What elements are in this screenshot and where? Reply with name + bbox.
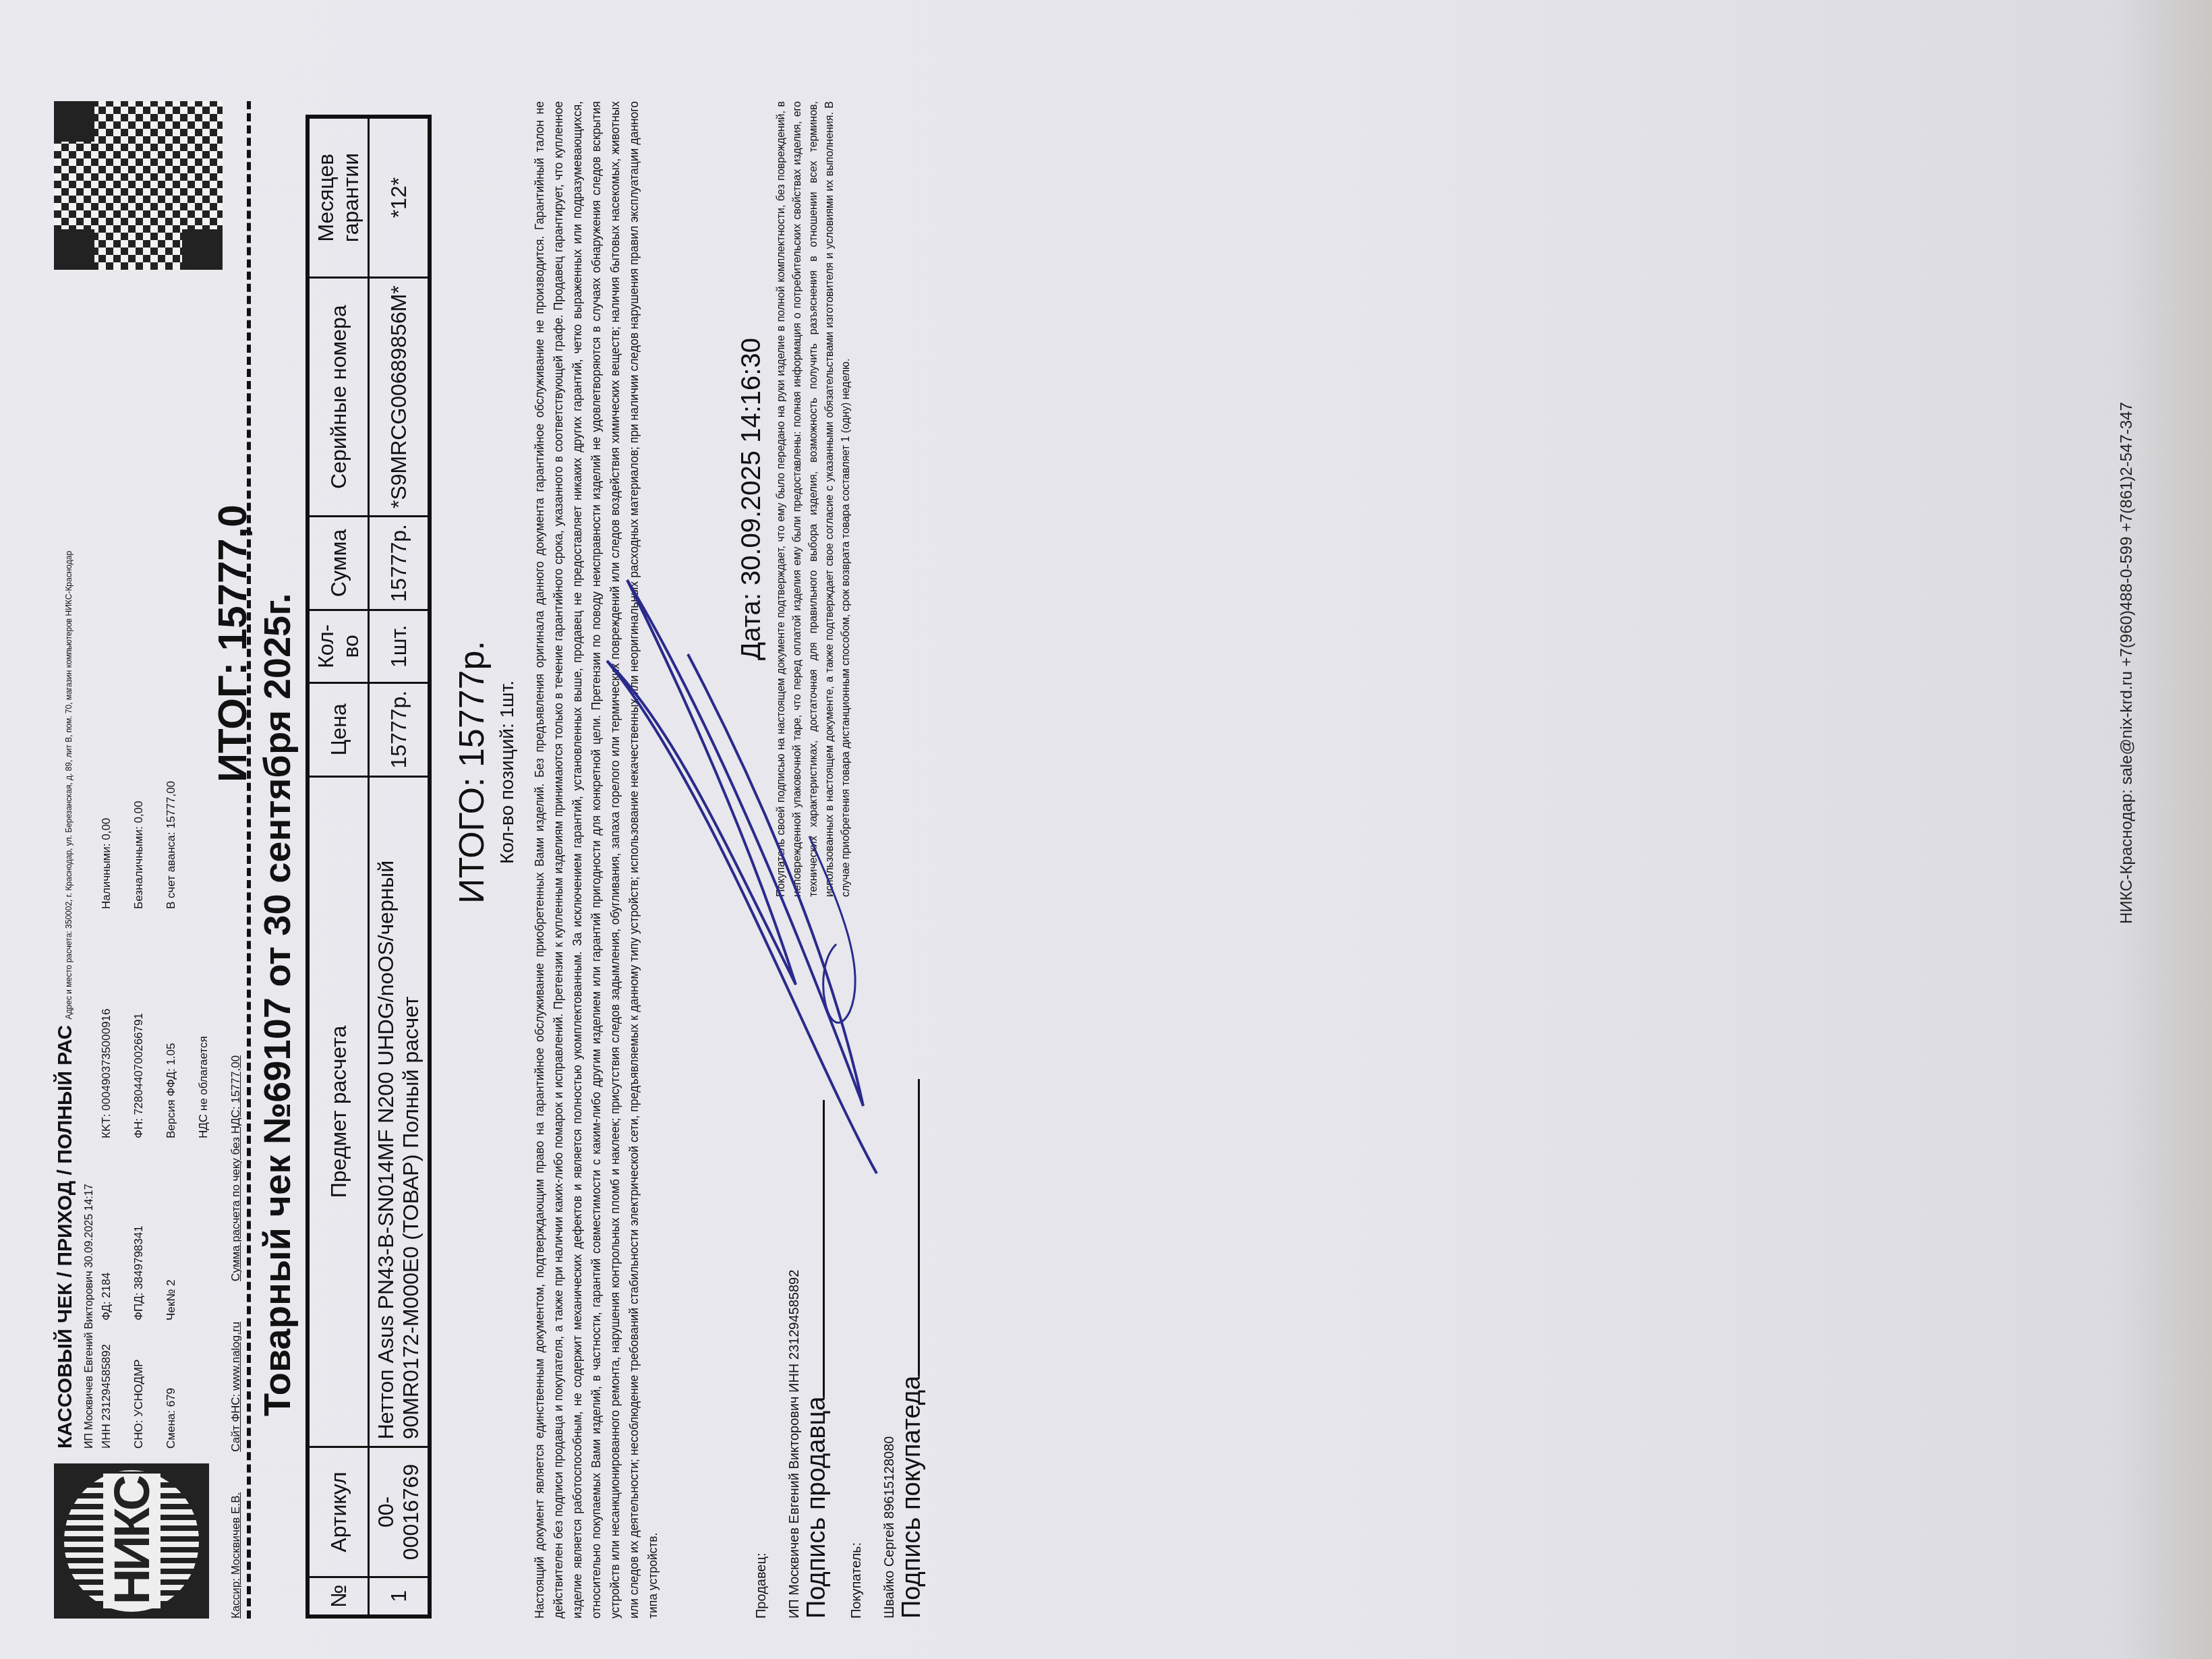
fiscal-block: КАССОВЫЙ ЧЕК / ПРИХОД / ПОЛНЫЙ РАС Адрес… [54, 283, 210, 1449]
receipt-header: НИКС КАССОВЫЙ ЧЕК / ПРИХОД / ПОЛНЫЙ РАС … [54, 101, 223, 1619]
fiscal-field: ФН: 7280440700266791 [132, 909, 146, 1138]
fiscal-field: Наличными: 0,00 [100, 693, 113, 909]
buyer-agreement: Покупатель своей подписью на настоящем д… [774, 101, 854, 897]
fiscal-field: ФПД: 3849798341 [132, 1138, 146, 1320]
column-header: Предмет расчета [308, 776, 369, 1447]
buyer-name: Швайко Сергей 89615128080 [882, 944, 898, 1619]
fiscal-field: Безналичными: 0,00 [132, 693, 146, 909]
cashier-line: Кассир: Москвичев Е.В. Сайт ФНС: www.nal… [229, 101, 251, 1619]
fns-site: Сайт ФНС: www.nalog.ru [229, 1322, 243, 1452]
fiscal-field: СНО: УСНОДМР [132, 1320, 146, 1449]
seller-name: ИП Москвичев Евгений Викторович ИНН 2312… [787, 944, 803, 1619]
receipt-type: КАССОВЫЙ ЧЕК / ПРИХОД / ПОЛНЫЙ РАС [54, 1025, 76, 1449]
grand-total: ИТОГО: 15777р. [452, 101, 492, 1443]
column-header: № [308, 1577, 369, 1617]
fiscal-field: ИНН 231294585892 [100, 1320, 113, 1449]
nix-logo-icon: НИКС [54, 1463, 209, 1619]
footer-contacts: НИКС-Краснодар: sale@nix-krd.ru +7(960)4… [2118, 402, 2136, 924]
cell-serial: *S9MRCG00689856M* [369, 278, 430, 517]
table-row: 100-00016769Неттоп Asus PN43-B-SN014MF N… [369, 117, 430, 1617]
column-header: Цена [308, 682, 369, 776]
seller-signature-label: Подпись продавца [803, 1397, 831, 1619]
column-header: Месяцев гарантии [308, 117, 369, 278]
document-date: Дата: 30.09.2025 14:16:30 [736, 101, 767, 897]
fiscal-field: КKТ: 0004903735000916 [100, 909, 113, 1138]
cell-price: 15777р. [369, 682, 430, 776]
seller-line: ИП Москвичев Евгений Викторович 30.09.20… [84, 283, 96, 1449]
positions-count: Кол-во позиций: 1шт. [496, 101, 518, 1443]
fiscal-field: Версия ФФД: 1.05 [165, 909, 178, 1138]
fiscal-field: ФД: 2184 [100, 1138, 113, 1320]
fiscal-field: НДС не облагается [197, 909, 210, 1138]
items-table: №АртикулПредмет расчетаЦенаКол-воСуммаСе… [305, 115, 432, 1619]
cell-item: Неттоп Asus PN43-B-SN014MF N200 UHDG/noO… [369, 776, 430, 1447]
logo-text: НИКС [103, 1474, 161, 1608]
buyer-signature-label: Подпись покупатеда [898, 1376, 926, 1619]
seller-signature-line [823, 1100, 825, 1397]
parties: Продавец: ИП Москвичев Евгений Викторови… [736, 944, 927, 1619]
cell-no: 1 [369, 1577, 430, 1617]
address-note: Адрес и место расчета: 350002, г. Красно… [64, 551, 74, 1020]
column-header: Сумма [308, 517, 369, 610]
signature-section: Продавец: ИП Москвичев Евгений Викторови… [736, 101, 927, 1619]
fiscal-field: В счет аванса: 15777,00 [165, 693, 178, 909]
cell-qty: 1шт. [369, 610, 430, 682]
page-title: Товарный чек №69107 от 30 сентября 2025г… [255, 101, 299, 1416]
seller-label: Продавец: [754, 944, 769, 1619]
column-header: Кол-во [308, 610, 369, 682]
column-header: Артикул [308, 1447, 369, 1577]
cashier: Кассир: Москвичев Е.В. [229, 1492, 243, 1619]
cell-sum: 15777р. [369, 517, 430, 610]
fiscal-total: ИТОГ: 15777,0 [209, 504, 256, 782]
agreement-block: Дата: 30.09.2025 14:16:30 Покупатель сво… [736, 101, 927, 897]
qr-code-icon [54, 101, 223, 270]
fiscal-field: Чек№ 2 [165, 1138, 178, 1320]
buyer-signature-line [918, 1079, 920, 1376]
receipt-page: НИКС КАССОВЫЙ ЧЕК / ПРИХОД / ПОЛНЫЙ РАС … [0, 0, 2212, 1659]
buyer-label: Покупатель: [849, 944, 865, 1619]
warranty-terms: Настоящий документ является единственным… [530, 101, 662, 1619]
fiscal-fields: ИНН 231294585892 ФД: 2184 КKТ: 000490373… [100, 283, 210, 1449]
column-header: Серийные номера [308, 278, 369, 517]
cell-article: 00-00016769 [369, 1447, 430, 1577]
sum-no-vat: Сумма расчета по чеку без НДС: 15777,00 [229, 1055, 243, 1281]
cell-warranty: *12* [369, 117, 430, 278]
fiscal-field: Смена: 679 [165, 1320, 178, 1449]
